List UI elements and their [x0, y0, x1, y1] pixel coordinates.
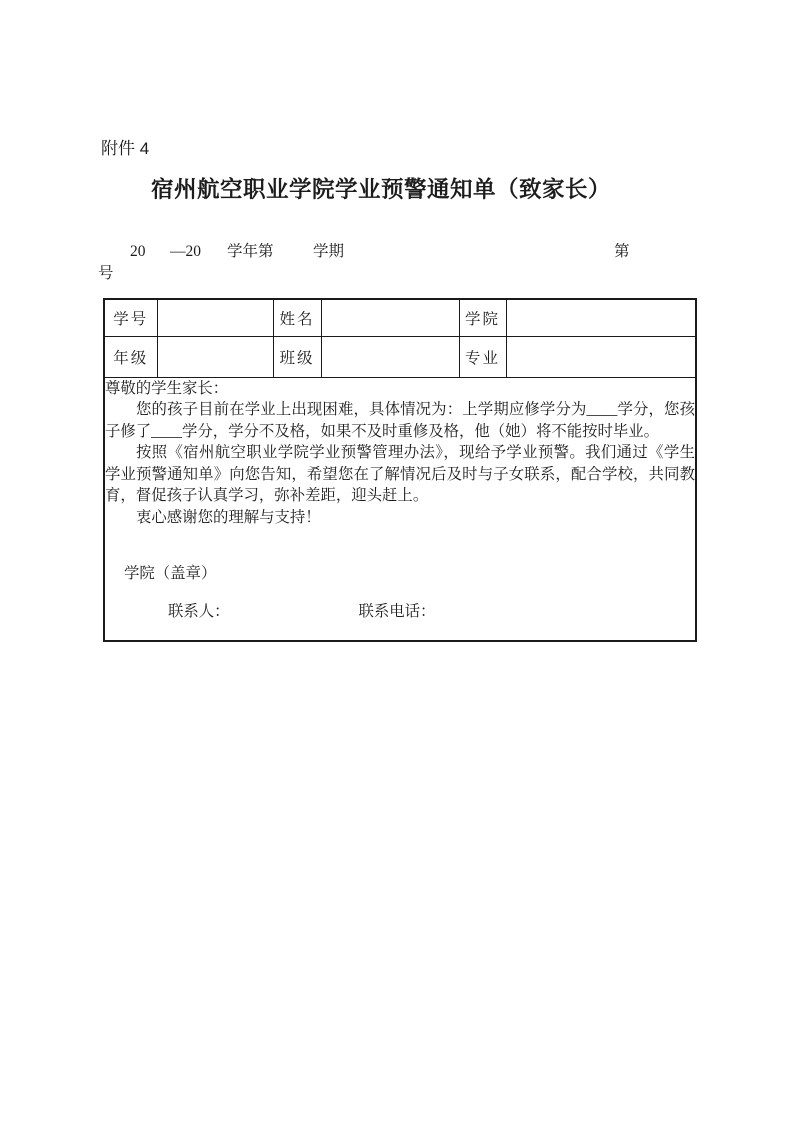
contact-line: 联系人： 联系电话：	[105, 601, 695, 623]
value-cell-major[interactable]	[506, 336, 696, 377]
signature-line: 学院（盖章）	[105, 563, 695, 585]
letter-paragraph-3: 衷心感谢您的理解与支持！	[105, 507, 695, 529]
label-cell-student-id: 学号	[104, 299, 157, 336]
attachment-label: 附件 4	[101, 140, 149, 159]
term-semester-prefix: 第	[258, 243, 274, 260]
table-row: 学号 姓名 学院	[104, 299, 696, 336]
value-cell-college[interactable]	[506, 299, 696, 336]
label-cell-class: 班级	[273, 336, 321, 377]
contact-phone-label: 联系电话：	[358, 603, 435, 620]
table-row: 尊敬的学生家长： 您的孩子目前在学业上出现困难，具体情况为：上学期应修学分为__…	[104, 377, 696, 641]
table-row: 年级 班级 专业	[104, 336, 696, 377]
letter-body: 尊敬的学生家长： 您的孩子目前在学业上出现困难，具体情况为：上学期应修学分为__…	[105, 378, 695, 623]
student-info-table: 学号 姓名 学院 年级 班级 专业 尊敬的学生家长： 您的孩子目前在	[103, 298, 697, 642]
label-cell-major: 专业	[459, 336, 506, 377]
value-cell-class[interactable]	[321, 336, 459, 377]
label-cell-name: 姓名	[273, 299, 321, 336]
value-cell-name[interactable]	[321, 299, 459, 336]
letter-body-cell: 尊敬的学生家长： 您的孩子目前在学业上出现困难，具体情况为：上学期应修学分为__…	[104, 377, 696, 641]
letter-salutation: 尊敬的学生家长：	[105, 378, 695, 400]
letter-paragraph-1: 您的孩子目前在学业上出现困难，具体情况为：上学期应修学分为____学分，您孩子修…	[105, 399, 695, 442]
term-doc-number-suffix: 号	[98, 265, 114, 282]
term-semester-label: 学期	[313, 243, 344, 260]
term-year-start: 20	[130, 243, 146, 260]
label-cell-college: 学院	[459, 299, 506, 336]
document-page: 附件 4 宿州航空职业学院学业预警通知单（致家长） 20 —20 学年 第 学期…	[0, 0, 794, 1122]
value-cell-grade[interactable]	[157, 336, 273, 377]
term-academic-year-label: 学年	[227, 243, 258, 260]
contact-person-label: 联系人：	[168, 603, 230, 620]
page-title: 宿州航空职业学院学业预警通知单（致家长）	[85, 172, 677, 204]
term-doc-number-prefix: 第	[614, 243, 630, 260]
label-cell-grade: 年级	[104, 336, 157, 377]
value-cell-student-id[interactable]	[157, 299, 273, 336]
letter-paragraph-2: 按照《宿州航空职业学院学业预警管理办法》，现给予学业预警。我们通过《学生学业预警…	[105, 442, 695, 507]
term-year-end: —20	[170, 243, 201, 260]
